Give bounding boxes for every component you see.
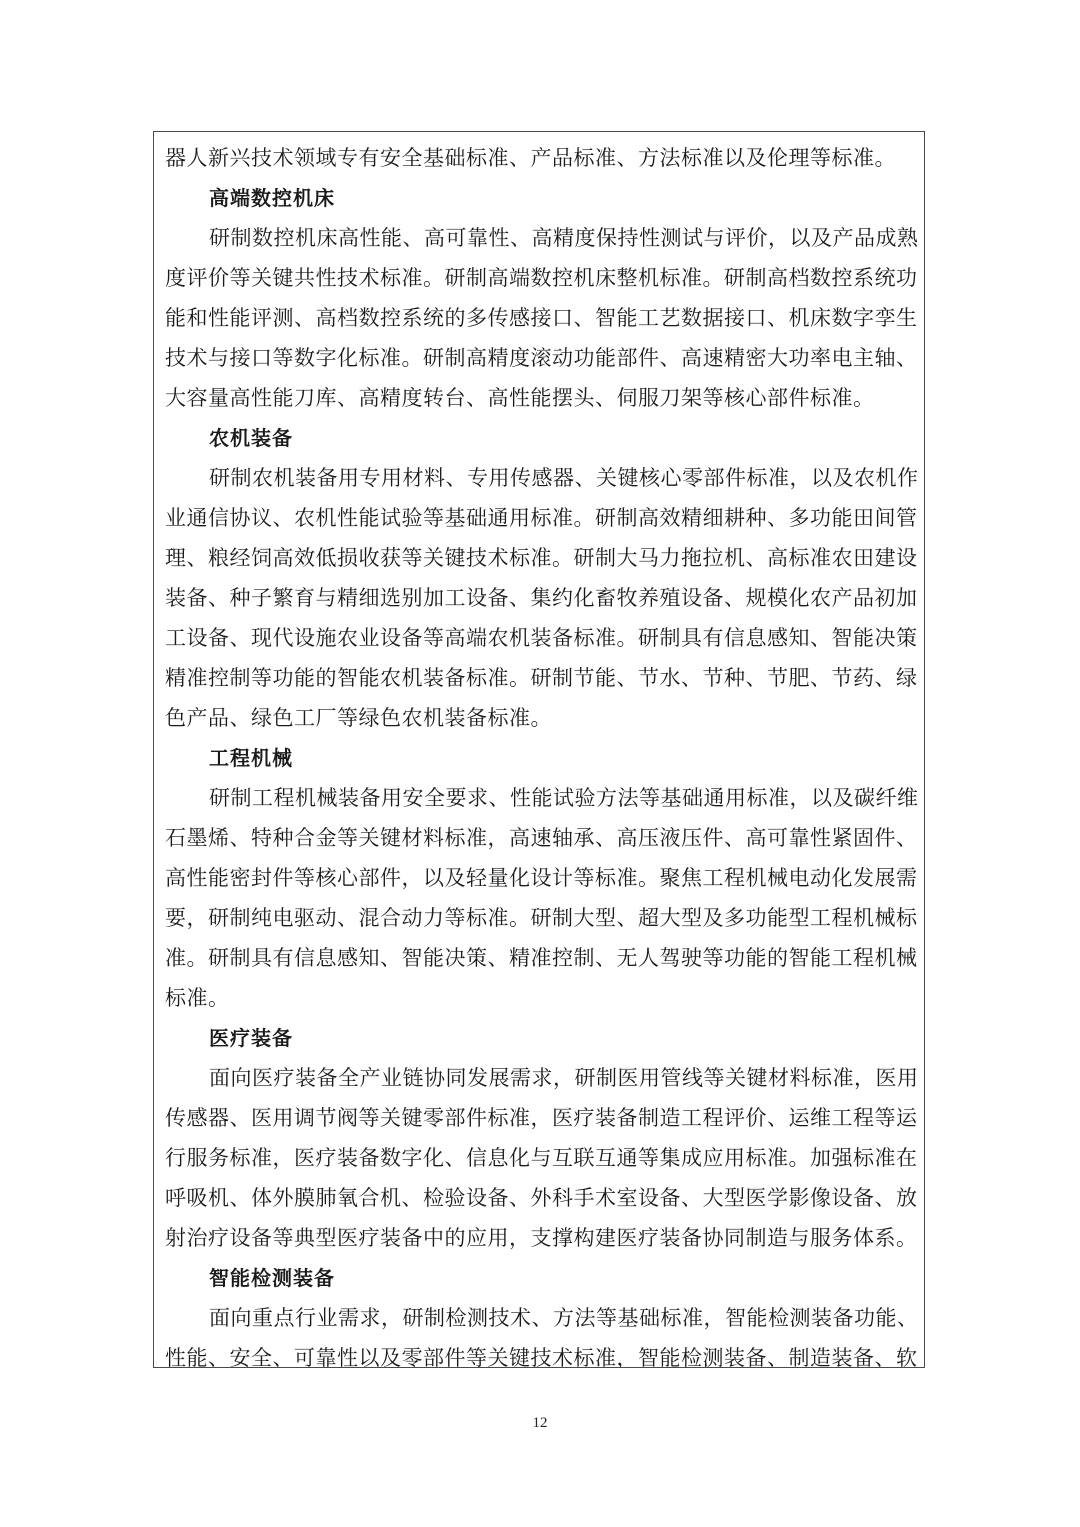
- section-heading-intelligent-testing-equipment: 智能检测装备: [165, 1258, 917, 1298]
- body-text-line: 度评价等关键共性技术标准。研制高端数控机床整机标准。研制高档数控系统功: [165, 258, 917, 298]
- body-text-line: 行服务标准，医疗装备数字化、信息化与互联互通等集成应用标准。加强标准在: [165, 1138, 917, 1178]
- body-text-line: 面向医疗装备全产业链协同发展需求，研制医用管线等关键材料标准，医用: [165, 1058, 917, 1098]
- body-text-line: 能和性能评测、高档数控系统的多传感接口、智能工艺数据接口、机床数字孪生: [165, 298, 917, 338]
- body-text-line: 色产品、绿色工厂等绿色农机装备标准。: [165, 698, 917, 738]
- body-text-line: 性能、安全、可靠性以及零部件等关键技术标准，智能检测装备、制造装备、软: [165, 1338, 917, 1368]
- body-text-line: 研制农机装备用专用材料、专用传感器、关键核心零部件标准，以及农机作: [165, 458, 917, 498]
- body-text-line: 研制数控机床高性能、高可靠性、高精度保持性测试与评价，以及产品成熟: [165, 218, 917, 258]
- body-text-line: 呼吸机、体外膜肺氧合机、检验设备、外科手术室设备、大型医学影像设备、放: [165, 1178, 917, 1218]
- section-heading-agricultural-machinery: 农机装备: [165, 418, 917, 458]
- body-text-line: 要，研制纯电驱动、混合动力等标准。研制大型、超大型及多功能型工程机械标: [165, 898, 917, 938]
- body-text-line: 射治疗设备等典型医疗装备中的应用，支撑构建医疗装备协同制造与服务体系。: [165, 1218, 917, 1258]
- body-text-line: 技术与接口等数字化标准。研制高精度滚动功能部件、高速精密大功率电主轴、: [165, 338, 917, 378]
- body-text-line: 精准控制等功能的智能农机装备标准。研制节能、节水、节种、节肥、节药、绿: [165, 658, 917, 698]
- document-text-box: 器人新兴技术领域专有安全基础标准、产品标准、方法标准以及伦理等标准。 高端数控机…: [153, 131, 925, 1368]
- body-text-line: 标准。: [165, 978, 917, 1018]
- section-heading-construction-machinery: 工程机械: [165, 738, 917, 778]
- document-body: 器人新兴技术领域专有安全基础标准、产品标准、方法标准以及伦理等标准。 高端数控机…: [165, 138, 917, 1368]
- body-text-line: 面向重点行业需求，研制检测技术、方法等基础标准，智能检测装备功能、: [165, 1298, 917, 1338]
- body-text-line: 装备、种子繁育与精细选别加工设备、集约化畜牧养殖设备、规模化农产品初加: [165, 578, 917, 618]
- section-heading-medical-equipment: 医疗装备: [165, 1018, 917, 1058]
- body-text-line: 石墨烯、特种合金等关键材料标准，高速轴承、高压液压件、高可靠性紧固件、: [165, 818, 917, 858]
- body-text-line: 传感器、医用调节阀等关键零部件标准，医疗装备制造工程评价、运维工程等运: [165, 1098, 917, 1138]
- body-text-line: 大容量高性能刀库、高精度转台、高性能摆头、伺服刀架等核心部件标准。: [165, 378, 917, 418]
- body-text-line: 器人新兴技术领域专有安全基础标准、产品标准、方法标准以及伦理等标准。: [165, 138, 917, 178]
- body-text-line: 高性能密封件等核心部件，以及轻量化设计等标准。聚焦工程机械电动化发展需: [165, 858, 917, 898]
- body-text-line: 研制工程机械装备用安全要求、性能试验方法等基础通用标准，以及碳纤维、: [165, 778, 917, 818]
- page-number: 12: [0, 1415, 1080, 1432]
- body-text-line: 准。研制具有信息感知、智能决策、精准控制、无人驾驶等功能的智能工程机械: [165, 938, 917, 978]
- body-text-line: 工设备、现代设施农业设备等高端农机装备标准。研制具有信息感知、智能决策、: [165, 618, 917, 658]
- section-heading-cnc-machine-tools: 高端数控机床: [165, 178, 917, 218]
- body-text-line: 业通信协议、农机性能试验等基础通用标准。研制高效精细耕种、多功能田间管: [165, 498, 917, 538]
- body-text-line: 理、粮经饲高效低损收获等关键技术标准。研制大马力拖拉机、高标准农田建设: [165, 538, 917, 578]
